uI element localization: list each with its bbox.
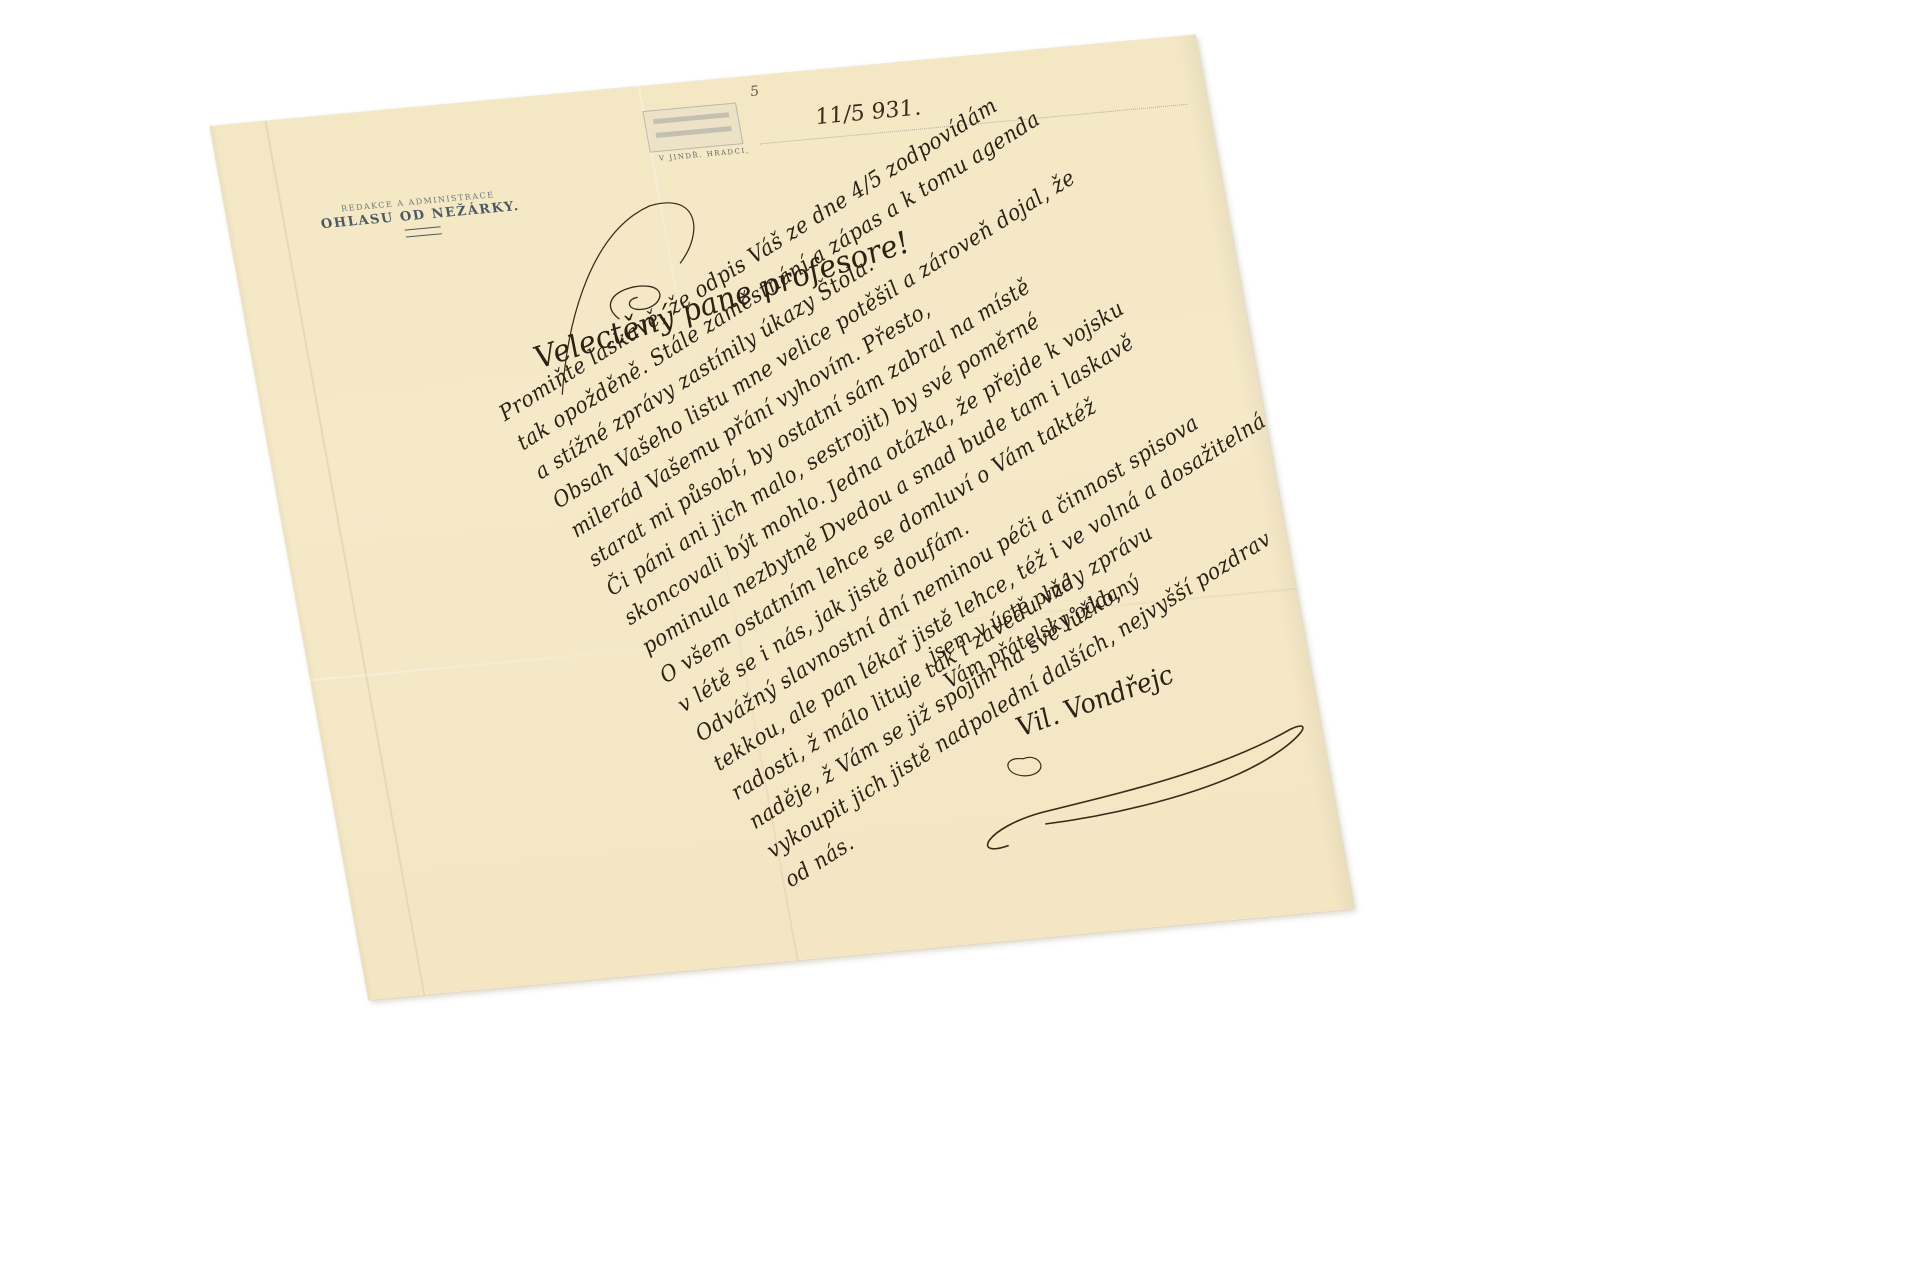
letter-body: Promiňte laskavě, že odpis Váš ze dne 4/… bbox=[493, 112, 1253, 896]
letterhead-double-rule bbox=[405, 226, 442, 237]
paper-fold-left bbox=[264, 121, 425, 995]
folio-mark: 5 bbox=[749, 83, 761, 100]
rubber-stamp bbox=[642, 102, 743, 152]
photo-background: REDAKCE A ADMINISTRACE OHLASU OD NEŽÁRKY… bbox=[0, 0, 1920, 1280]
stamp-text-line bbox=[653, 112, 730, 124]
letter-date: 11/5 931. bbox=[813, 96, 922, 130]
stamp-text-line bbox=[655, 126, 732, 138]
letter-sheet: REDAKCE A ADMINISTRACE OHLASU OD NEŽÁRKY… bbox=[210, 35, 1355, 1001]
letterhead: REDAKCE A ADMINISTRACE OHLASU OD NEŽÁRKY… bbox=[288, 185, 554, 248]
